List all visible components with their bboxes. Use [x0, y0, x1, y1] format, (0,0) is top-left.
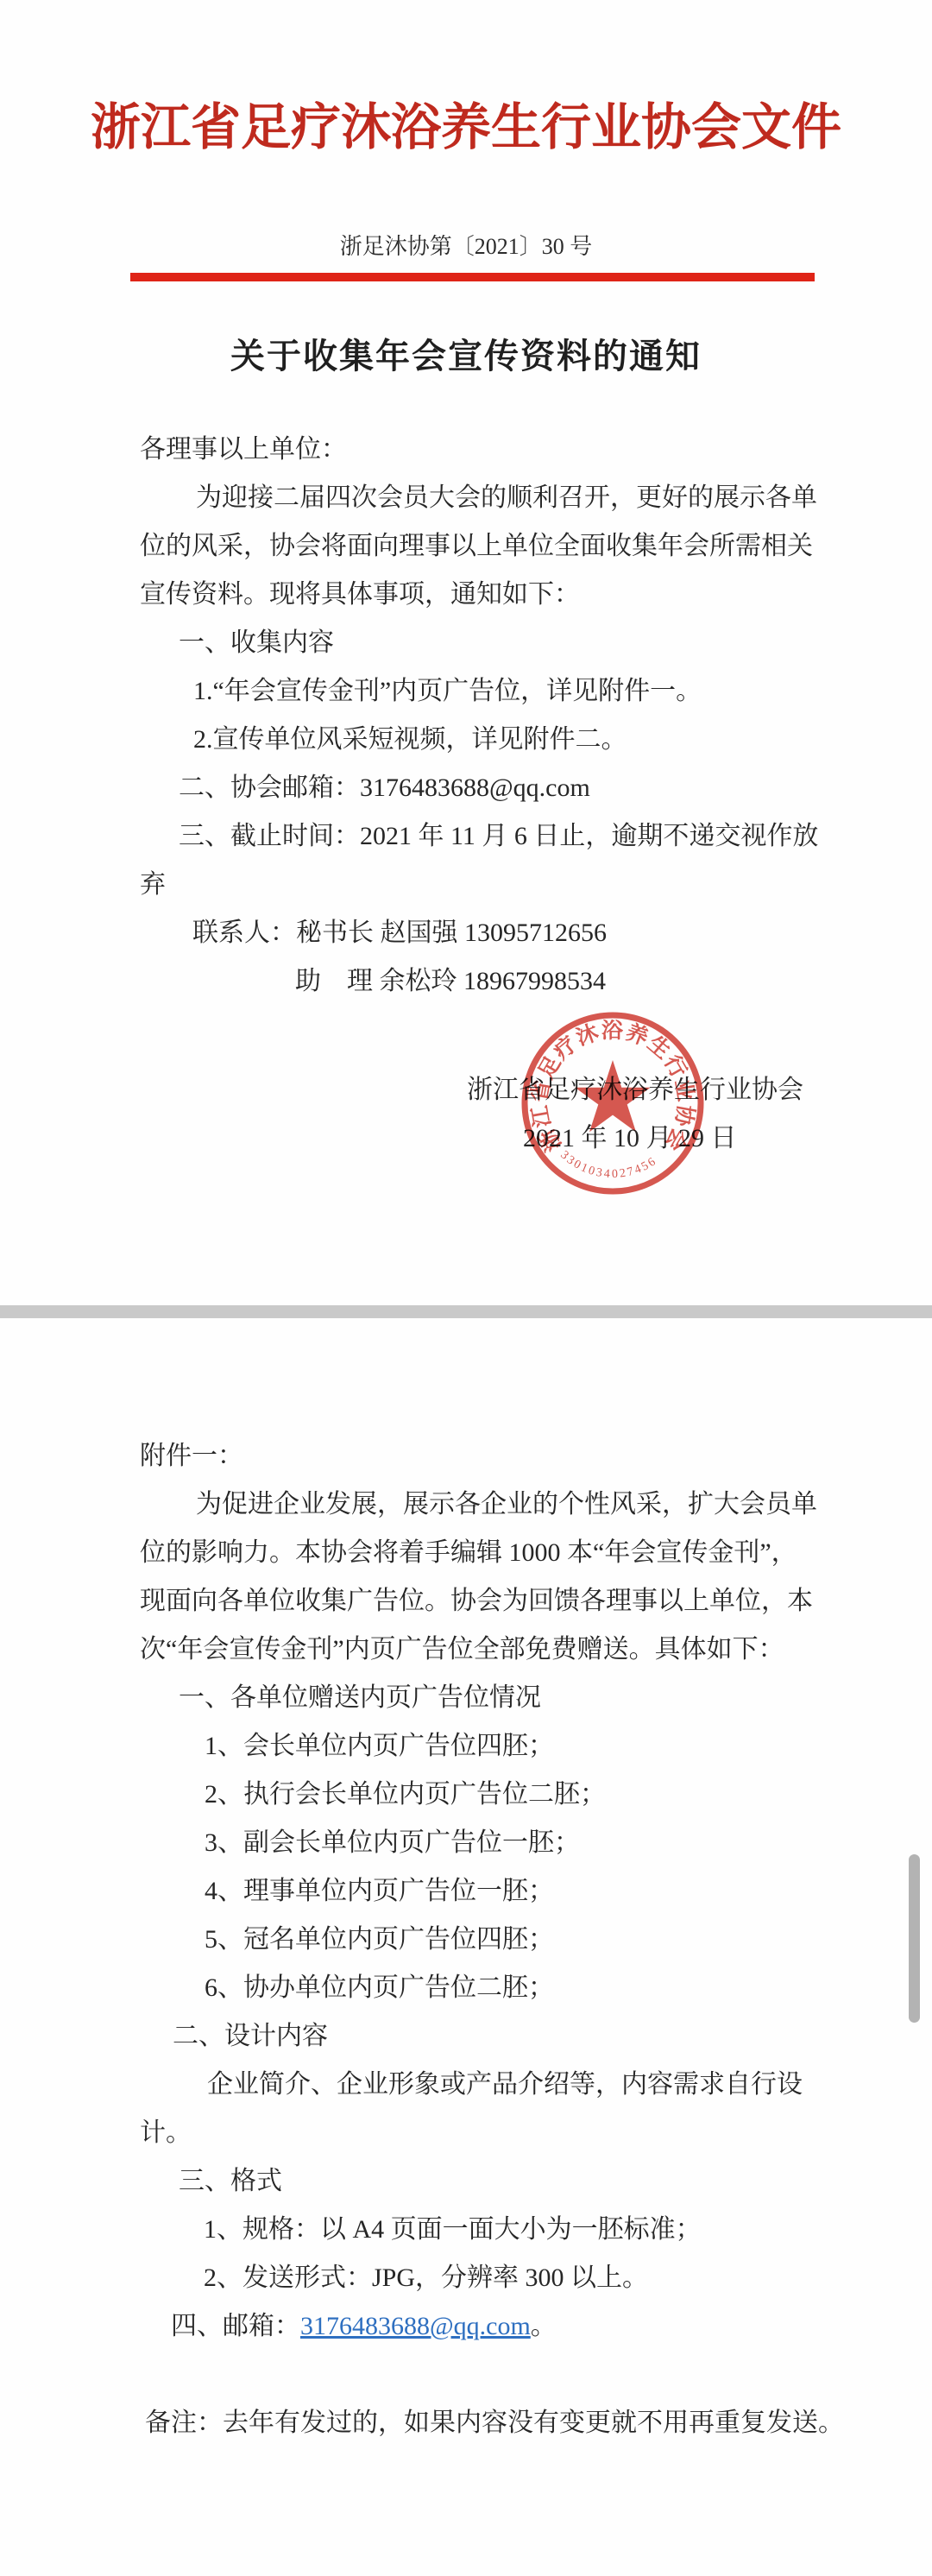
body-line: 次“年会宣传金刊”内页广告位全部免费赠送。具体如下： [140, 1626, 826, 1674]
email-suffix: 。 [531, 2312, 557, 2340]
attachment-body: 附件一： 为促进企业发展，展示各企业的个性风采，扩大会员单 位的影响力。本协会将… [140, 1432, 826, 2447]
list-item: 3、副会长单位内页广告位一胚； [140, 1819, 826, 1867]
org-title: 浙江省足疗沐浴养生行业协会文件 [0, 93, 932, 162]
note-line: 备注：去年有发过的，如果内容没有变更就不用再重复发送。 [140, 2399, 826, 2447]
list-item: 2、发送形式：JPG，分辨率 300 以上。 [140, 2254, 826, 2302]
section-line: 三、格式 [140, 2157, 826, 2206]
attachment-label: 附件一： [140, 1432, 826, 1481]
list-item: 1、会长单位内页广告位四胚； [140, 1722, 826, 1771]
list-item: 2、执行会长单位内页广告位二胚； [140, 1771, 826, 1819]
list-item: 6、协办单位内页广告位二胚； [140, 1964, 826, 2012]
list-item: 1、规格：以 A4 页面一面大小为一胚标准； [140, 2206, 826, 2254]
svg-text:3301034027456: 3301034027456 [557, 1149, 659, 1181]
email-section-line: 四、邮箱：3176483688@qq.com。 [140, 2302, 826, 2351]
section-line: 二、设计内容 [140, 2012, 826, 2061]
section-line: 一、各单位赠送内页广告位情况 [140, 1674, 826, 1722]
email-link[interactable]: 3176483688@qq.com [300, 2312, 531, 2340]
body-line: 弃 [140, 861, 826, 909]
section-line: 二、协会邮箱：3176483688@qq.com [140, 764, 826, 812]
contact-line: 助 理 余松玲 18967998534 [140, 957, 826, 1006]
red-divider-rule [130, 273, 815, 281]
section-line: 三、截止时间：2021 年 11 月 6 日止，逾期不递交视作放 [140, 812, 826, 861]
body-line: 位的影响力。本协会将着手编辑 1000 本“年会宣传金刊”， [140, 1529, 826, 1577]
list-item: 5、冠名单位内页广告位四胚； [140, 1916, 826, 1964]
body-line: 现面向各单位收集广告位。协会为回馈各理事以上单位，本 [140, 1577, 826, 1626]
association-seal: 浙江省足疗沐浴养生行业协会 3301034027456 [518, 1008, 708, 1198]
body-line: 计。 [140, 2109, 826, 2157]
seal-star-icon [575, 1060, 650, 1132]
notice-body: 各理事以上单位： 为迎接二届四次会员大会的顺利召开，更好的展示各单 位的风采，协… [140, 426, 826, 1006]
body-line: 宣传资料。现将具体事项，通知如下： [140, 571, 826, 619]
body-line: 1.“年会宣传金刊”内页广告位，详见附件一。 [140, 667, 826, 716]
scrollbar-thumb[interactable] [909, 1854, 920, 2023]
blank-line [140, 2351, 826, 2399]
contact-line: 联系人：秘书长 赵国强 13095712656 [140, 909, 826, 957]
body-line: 为促进企业发展，展示各企业的个性风采，扩大会员单 [140, 1481, 826, 1529]
body-line: 2.宣传单位风采短视频，详见附件二。 [140, 716, 826, 764]
list-item: 4、理事单位内页广告位一胚； [140, 1867, 826, 1916]
section-line: 一、收集内容 [140, 619, 826, 667]
body-line: 位的风采，协会将面向理事以上单位全面收集年会所需相关 [140, 522, 826, 571]
document-scan-view: 浙江省足疗沐浴养生行业协会文件 浙足沐协第〔2021〕30 号 关于收集年会宣传… [0, 0, 932, 2576]
email-prefix: 四、邮箱： [171, 2312, 300, 2340]
salutation-line: 各理事以上单位： [140, 426, 826, 474]
notice-heading: 关于收集年会宣传资料的通知 [0, 332, 932, 380]
body-line: 为迎接二届四次会员大会的顺利召开，更好的展示各单 [140, 474, 826, 522]
doc-number: 浙足沐协第〔2021〕30 号 [0, 228, 932, 266]
body-line: 企业简介、企业形象或产品介绍等，内容需求自行设 [140, 2061, 826, 2109]
page-separator [0, 1305, 932, 1318]
seal-serial-number: 3301034027456 [557, 1149, 659, 1181]
